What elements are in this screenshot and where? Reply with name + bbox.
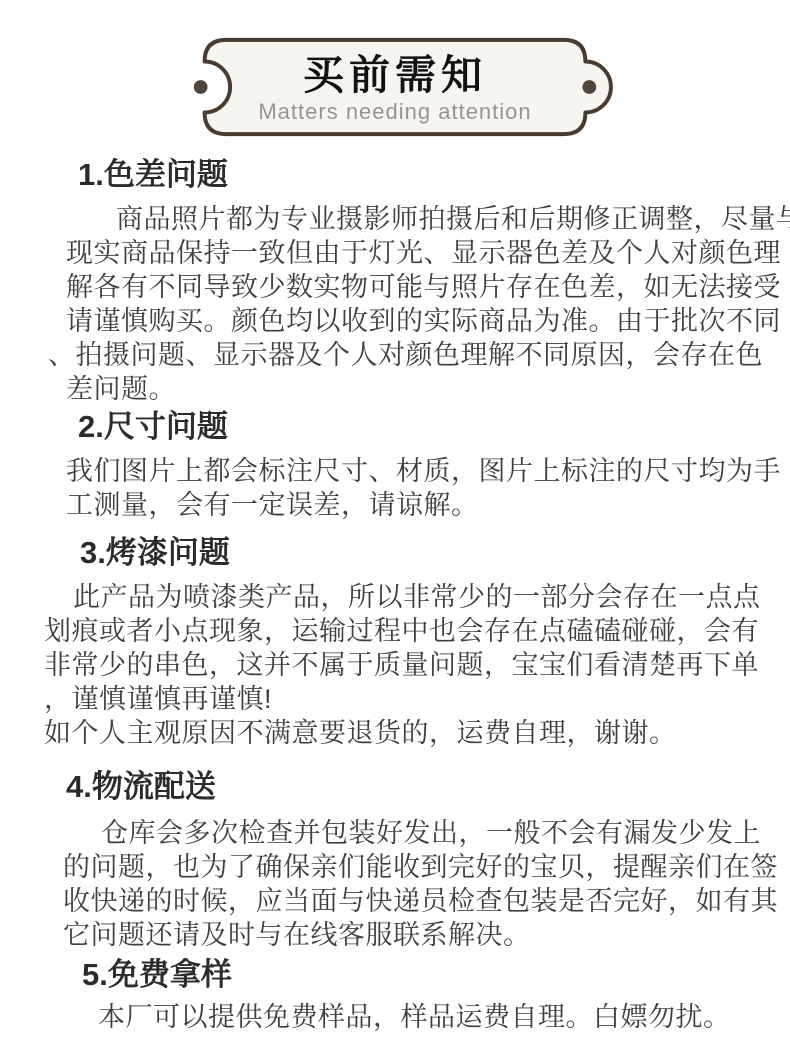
text-line: 它问题还请及时与在线客服联系解决。 <box>63 918 790 952</box>
section-4-body: 仓库会多次检查并包装好发出，一般不会有漏发少发上 的问题，也为了确保亲们能收到完… <box>0 816 790 952</box>
text-line: 划痕或者小点现象，运输过程中也会存在点磕磕碰碰，会有 <box>44 614 790 648</box>
notice-banner: 买前需知 Matters needing attention <box>173 34 617 140</box>
section-5-body: 本厂可以提供免费样品，样品运费自理。白嫖勿扰。 <box>0 1000 790 1034</box>
section-color-difference: 1.色差问题 商品照片都为专业摄影师拍摄后和后期修正调整，尽量与 现实商品保持一… <box>0 156 790 406</box>
section-4-heading: 4.物流配送 <box>0 768 790 806</box>
text-line: 的问题，也为了确保亲们能收到完好的宝贝，提醒亲们在签 <box>63 850 790 884</box>
section-2-heading: 2.尺寸问题 <box>0 408 790 446</box>
banner-subtitle: Matters needing attention <box>258 98 531 125</box>
section-5-heading: 5.免费拿样 <box>0 956 790 994</box>
section-1-heading: 1.色差问题 <box>0 156 790 194</box>
text-line: 商品照片都为专业摄影师拍摄后和后期修正调整，尽量与 <box>66 202 790 236</box>
banner-text: 买前需知 Matters needing attention <box>173 34 617 140</box>
section-paint-issue: 3.烤漆问题 此产品为喷漆类产品，所以非常少的一部分会存在一点点 划痕或者小点现… <box>0 534 790 750</box>
section-3-heading: 3.烤漆问题 <box>0 534 790 572</box>
text-line: 如个人主观原因不满意要退货的，运费自理，谢谢。 <box>44 716 790 750</box>
text-line: 解各有不同导致少数实物可能与照片存在色差，如无法接受 <box>66 270 790 304</box>
text-line: 、拍摄问题、显示器及个人对颜色理解不同原因，会存在色 <box>66 338 790 372</box>
section-free-sample: 5.免费拿样 本厂可以提供免费样品，样品运费自理。白嫖勿扰。 <box>0 956 790 1034</box>
text-line: 本厂可以提供免费样品，样品运费自理。白嫖勿扰。 <box>64 1000 790 1034</box>
pre-purchase-notice-page: 买前需知 Matters needing attention 1.色差问题 商品… <box>0 0 790 1046</box>
text-line: 差问题。 <box>66 372 790 406</box>
banner-title: 买前需知 <box>303 52 487 98</box>
text-line: 我们图片上都会标注尺寸、材质，图片上标注的尺寸均为手 <box>66 454 790 488</box>
text-line: 收快递的时候，应当面与快递员检查包装是否完好，如有其 <box>63 884 790 918</box>
section-1-body: 商品照片都为专业摄影师拍摄后和后期修正调整，尽量与 现实商品保持一致但由于灯光、… <box>0 202 790 406</box>
section-3-body: 此产品为喷漆类产品，所以非常少的一部分会存在一点点 划痕或者小点现象，运输过程中… <box>0 580 790 750</box>
text-line: 非常少的串色，这并不属于质量问题，宝宝们看清楚再下单 <box>44 648 790 682</box>
text-line: 请谨慎购买。颜色均以收到的实际商品为准。由于批次不同 <box>66 304 790 338</box>
text-line: ，谨慎谨慎再谨慎! <box>44 682 790 716</box>
text-line: 仓库会多次检查并包装好发出，一般不会有漏发少发上 <box>63 816 790 850</box>
section-logistics: 4.物流配送 仓库会多次检查并包装好发出，一般不会有漏发少发上 的问题，也为了确… <box>0 768 790 952</box>
section-2-body: 我们图片上都会标注尺寸、材质，图片上标注的尺寸均为手 工测量，会有一定误差，请谅… <box>0 454 790 522</box>
text-line: 工测量，会有一定误差，请谅解。 <box>66 488 790 522</box>
text-line: 现实商品保持一致但由于灯光、显示器色差及个人对颜色理 <box>66 236 790 270</box>
section-size-issue: 2.尺寸问题 我们图片上都会标注尺寸、材质，图片上标注的尺寸均为手 工测量，会有… <box>0 408 790 522</box>
text-line: 此产品为喷漆类产品，所以非常少的一部分会存在一点点 <box>44 580 790 614</box>
